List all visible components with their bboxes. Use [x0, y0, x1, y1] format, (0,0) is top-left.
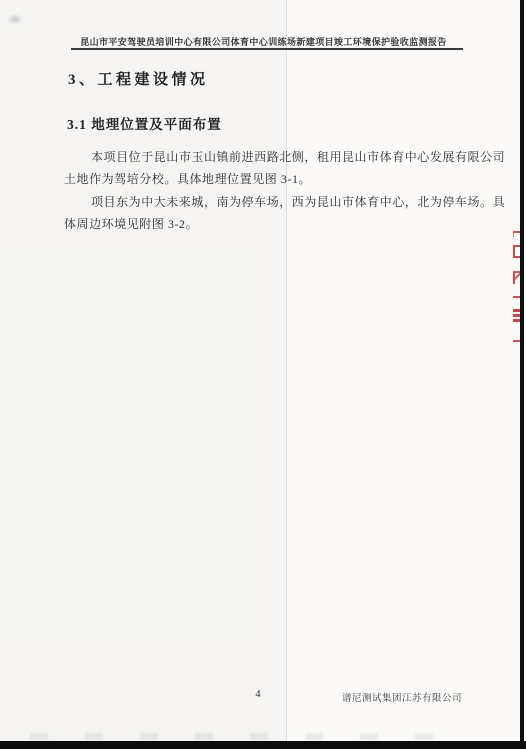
body-text: 本项目位于昆山市玉山镇前进西路北侧，租用昆山市体育中心发展有限公司 土地作为驾培…: [64, 146, 464, 236]
paragraph-2-line-2: 体周边环境见附图 3-2。: [64, 213, 464, 235]
subsection-heading: 3.1 地理位置及平面布置: [67, 113, 222, 133]
header-rule: [71, 48, 463, 50]
footer-company-name: 谱尼测试集团江苏有限公司: [342, 690, 462, 704]
paragraph-1-line-2: 土地作为驾培分校。具体地理位置见图 3-1。: [64, 168, 464, 190]
paragraph-2-line-1: 项目东为中大未来城，南为停车场，西为昆山市体育中心，北为停车场。具: [64, 191, 464, 213]
scan-border-bottom: [0, 741, 526, 749]
scan-smudge-bottom: [30, 733, 450, 740]
scan-smudge-top-left: [7, 14, 23, 25]
scan-seam-line: [286, 0, 287, 749]
paragraph-1-line-1: 本项目位于昆山市玉山镇前进西路北侧，租用昆山市体育中心发展有限公司: [64, 146, 464, 168]
page-header-title: 昆山市平安驾驶员培训中心有限公司体育中心训练场新建项目竣工环境保护验收监测报告: [64, 35, 463, 48]
section-heading: 3、工程建设情况: [68, 68, 209, 89]
scanned-document-page: 昆山市平安驾驶员培训中心有限公司体育中心训练场新建项目竣工环境保护验收监测报告 …: [0, 0, 526, 749]
page-number: 4: [246, 689, 270, 700]
